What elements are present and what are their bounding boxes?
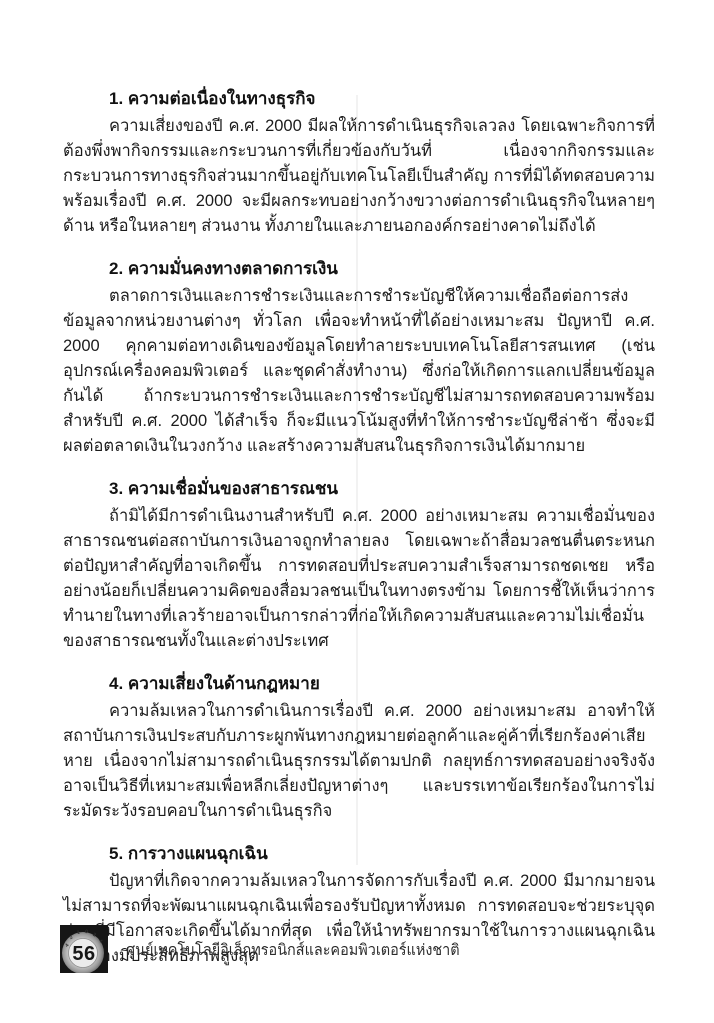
- section-paragraph: ความเสี่ยงของปี ค.ศ. 2000 มีผลให้การดำเน…: [63, 114, 655, 239]
- page-number: 56: [60, 930, 108, 978]
- page-footer: 4 2 1 0 2 4 56 ศูนย์เทคโนโลยีอิเล็กทรอนิ…: [60, 924, 485, 974]
- section-heading: 4. ความเสี่ยงในด้านกฎหมาย: [109, 671, 655, 696]
- section-financial-market-stability: 2. ความมั่นคงทางตลาดการเงิน ตลาดการเงินแ…: [63, 256, 655, 459]
- footer-org-name: ศูนย์เทคโนโลยีอิเล็กทรอนิกส์และคอมพิวเตอ…: [126, 937, 460, 962]
- section-heading: 1. ความต่อเนื่องในทางธุรกิจ: [109, 86, 655, 111]
- section-paragraph: ความล้มเหลวในการดำเนินการเรื่องปี ค.ศ. 2…: [63, 699, 655, 824]
- section-legal-risk: 4. ความเสี่ยงในด้านกฎหมาย ความล้มเหลวในก…: [63, 671, 655, 824]
- section-paragraph: ตลาดการเงินและการชำระเงินและการชำระบัญชี…: [63, 284, 655, 459]
- section-heading: 5. การวางแผนฉุกเฉิน: [109, 841, 655, 866]
- section-business-continuity: 1. ความต่อเนื่องในทางธุรกิจ ความเสี่ยงขอ…: [63, 86, 655, 239]
- section-public-confidence: 3. ความเชื่อมั่นของสาธารณชน ถ้ามิได้มีกา…: [63, 476, 655, 654]
- page-content: 1. ความต่อเนื่องในทางธุรกิจ ความเสี่ยงขอ…: [63, 86, 655, 969]
- document-page: 1. ความต่อเนื่องในทางธุรกิจ ความเสี่ยงขอ…: [0, 0, 714, 1023]
- section-heading: 2. ความมั่นคงทางตลาดการเงิน: [109, 256, 655, 281]
- page-number-badge: 4 2 1 0 2 4 56: [60, 925, 108, 973]
- section-paragraph: ถ้ามิได้มีการดำเนินงานสำหรับปี ค.ศ. 2000…: [63, 504, 655, 654]
- section-heading: 3. ความเชื่อมั่นของสาธารณชน: [109, 476, 655, 501]
